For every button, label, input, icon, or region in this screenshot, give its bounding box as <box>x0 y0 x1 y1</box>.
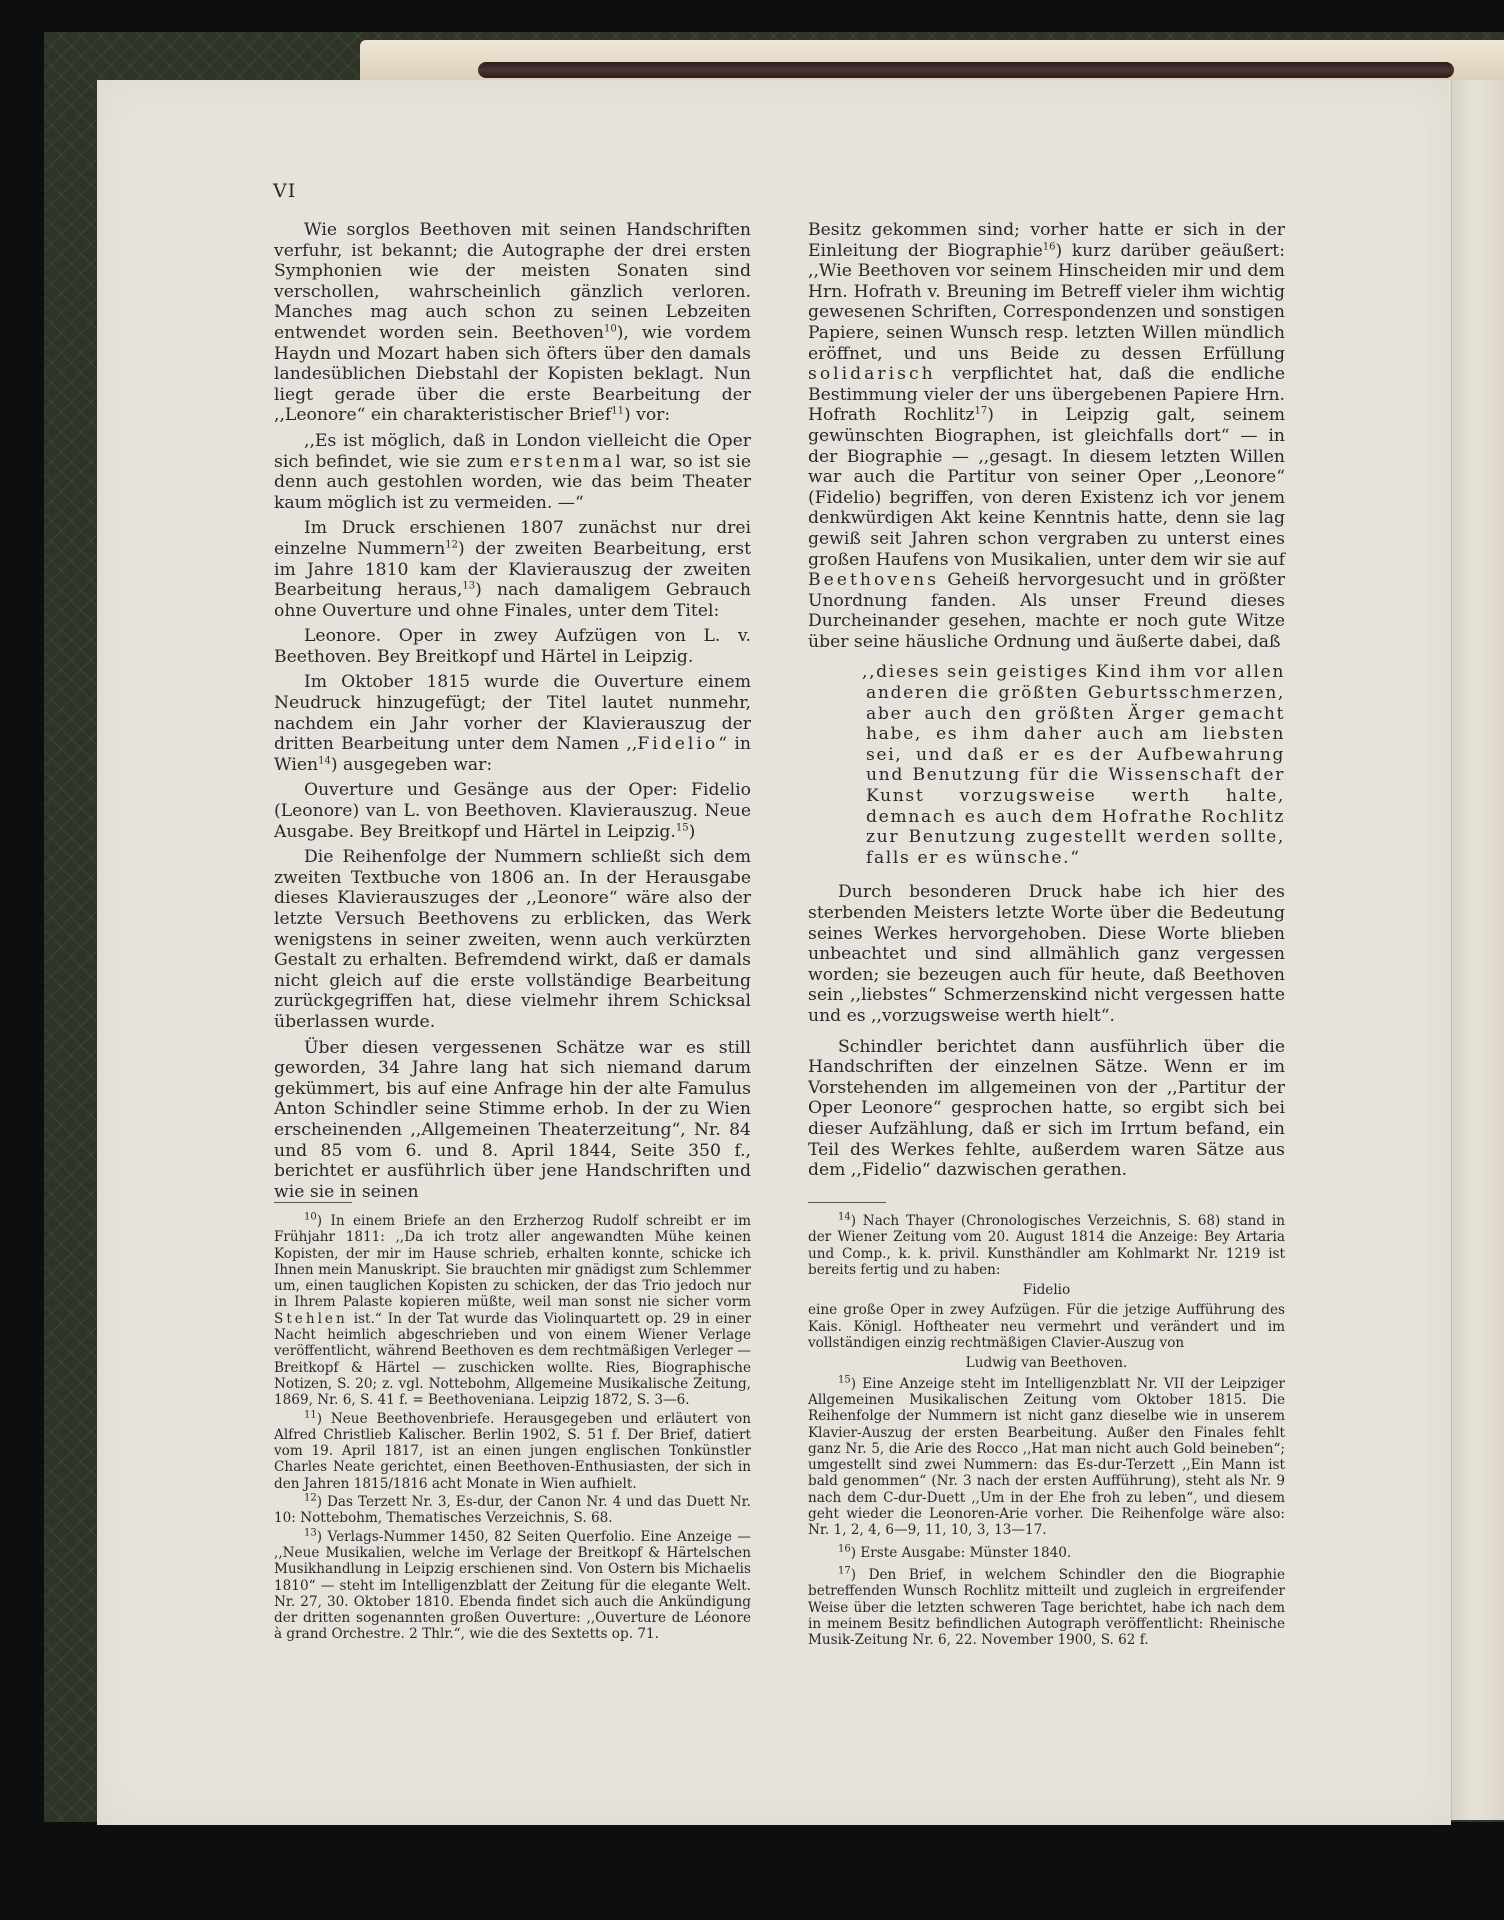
title-citation: Leonore. Oper in zwey Aufzügen von L. v.… <box>274 626 751 667</box>
facing-page-edge <box>1450 80 1504 1820</box>
title-citation: Ouverture und Gesänge aus der Oper: Fide… <box>274 780 751 842</box>
spine-headband <box>478 62 1454 78</box>
footnote-14: 14) Nach Thayer (Chronologisches Verzeic… <box>808 1213 1285 1278</box>
paragraph: Durch besonderen Druck habe ich hier des… <box>808 882 1285 1026</box>
paragraph: Im Oktober 1815 wurde die Ouverture eine… <box>274 672 751 775</box>
footnote-17: 17) Den Brief, in welchem Schindler den … <box>808 1567 1285 1648</box>
paragraph: Wie sorglos Beethoven mit seinen Handsch… <box>274 220 751 426</box>
quoted-letter: ,,Es ist möglich, daß in London vielleic… <box>274 431 751 513</box>
right-column: Besitz gekommen sind; vorher hatte er si… <box>808 220 1285 1186</box>
paragraph: Über diesen vergessenen Schätze war es s… <box>274 1038 751 1203</box>
paragraph: Die Reihenfolge der Nummern schließt sic… <box>274 847 751 1032</box>
left-column: Wie sorglos Beethoven mit seinen Handsch… <box>274 220 751 1207</box>
footnote-rule <box>274 1202 352 1203</box>
footnote-10: 10) In einem Briefe an den Erzherzog Rud… <box>274 1213 751 1409</box>
footnote-14-composer: Ludwig van Beethoven. <box>808 1355 1285 1371</box>
paragraph: Schindler berichtet dann ausführlich übe… <box>808 1037 1285 1181</box>
page-number: VI <box>273 180 296 202</box>
footnotes-right: 14) Nach Thayer (Chronologisches Verzeic… <box>808 1202 1285 1650</box>
emphasized-quote: ,,dieses sein geistiges Kind ihm vor all… <box>866 662 1285 868</box>
paragraph: Im Druck erschienen 1807 zunächst nur dr… <box>274 518 751 621</box>
book-page: VI Wie sorglos Beethoven mit seinen Hand… <box>97 80 1451 1825</box>
footnote-12: 12) Das Terzett Nr. 3, Es-dur, der Canon… <box>274 1494 751 1527</box>
footnote-11: 11) Neue Beethovenbriefe. Herausgegeben … <box>274 1411 751 1492</box>
paragraph: Besitz gekommen sind; vorher hatte er si… <box>808 220 1285 652</box>
footnote-14-title: Fidelio <box>808 1282 1285 1298</box>
footnote-16: 16) Erste Ausgabe: Münster 1840. <box>808 1545 1285 1561</box>
footnote-rule <box>808 1202 886 1203</box>
footnote-13: 13) Verlags-Nummer 1450, 82 Seiten Querf… <box>274 1529 751 1643</box>
footnote-15: 15) Eine Anzeige steht im Intelligenzbla… <box>808 1376 1285 1539</box>
footnote-14-continued: eine große Oper in zwey Aufzügen. Für di… <box>808 1302 1285 1351</box>
footnotes-left: 10) In einem Briefe an den Erzherzog Rud… <box>274 1202 751 1645</box>
